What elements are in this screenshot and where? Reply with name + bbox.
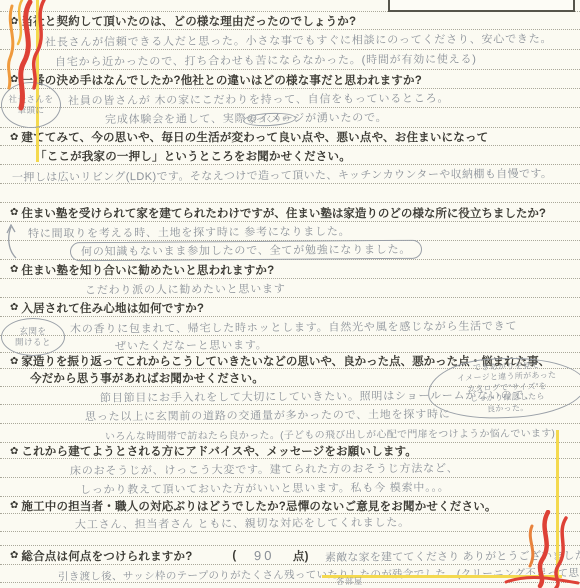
question-row-sumaijuku-help: ✿ 住まい塾を受けられて家を建てられたわけですが、住まい塾は家造りのどの様な所に…: [0, 203, 580, 222]
flower-bullet-icon: ✿: [10, 500, 18, 511]
question-row-contract-reason: ✿ 当社と契約して頂いたのは、どの様な理由だったのでしょうか?: [0, 12, 580, 30]
question-text: これから建てようとされる方にアドバイスや、メッセージをお願いします。: [21, 443, 417, 459]
question-text: 「ここが我家の一押し」というところをお聞かせください。: [35, 148, 351, 164]
question-row-recommend: ✿ 住まい塾を知り合いに勧めたいと思われますか?: [0, 260, 580, 279]
answer-row: 一押しは広いリビング(LDK)です。そなえつけで造って頂いた、キッチンカウンター…: [0, 165, 580, 184]
handwritten-answer: 一押しは広いリビング(LDK)です。そなえつけで造って頂いた、キッチンカウンター…: [12, 165, 552, 185]
handwritten-answer: ぜいたくだなーと思います。: [115, 336, 268, 353]
question-text: 建ててみて、今の思いや、毎日の生活が変わって良い点や、悪い点や、お住まいになって: [21, 129, 488, 145]
flower-bullet-icon: ✿: [10, 446, 18, 457]
question-row-deciding-factor: ✿ 一番の決め手はなんでしたか?他社との違いはどの様な事だと思われますか?: [0, 70, 580, 89]
handwritten-answer: 思った以上に玄関前の道路の交通量が多かったので、土地を探す時に: [85, 405, 451, 424]
answer-row: 特に間取りを考える時、土地を探す時に 参考になりました。: [0, 222, 580, 241]
handwritten-answer: いろんな時間帯で訪ねたら良かった。(子どもの飛び出しが心配で門扉をつけようか悩ん…: [105, 424, 555, 442]
answer-row: しっかり教えて頂いておいた方がいいと思います。私も今 模索中。。。: [0, 478, 580, 497]
answer-row: 何の知識もないまま参加したので、全てが勉強になりました。: [0, 241, 580, 260]
handwritten-answer: 床のおそうじが、けっこう大変です。建てられた方のおそうじ方法など、: [70, 459, 459, 478]
answer-row: こだわり派の人に勧めたいと思います: [0, 279, 580, 298]
margin-note-genkan-line1: 玄関を: [2, 326, 64, 337]
question-row-advice: ✿ これから建てようとされる方にアドバイスや、メッセージをお願いします。: [0, 443, 580, 459]
margin-note-genkan-line2: 開けると: [2, 337, 64, 348]
question-text: 当社と契約して頂いたのは、どの様な理由だったのでしょうか?: [21, 13, 356, 29]
inline-insert-rooms: 各部屋: [336, 576, 363, 587]
handwritten-answer: 木の香りに包まれて、帰宅した時ホッとします。自然光や風を感じながら生活できて: [70, 317, 517, 336]
questionnaire-page: 社長さんを 筆頭に 家づくりの 玄関を 開けると できあがりを見て イメージと違…: [0, 0, 580, 588]
insertion-arrow-icon: [3, 224, 19, 260]
question-text: 総合点は何点をつけられますか?: [21, 548, 192, 564]
answer-row: いろんな時間帯で訪ねたら良かった。(子どもの飛び出しが心配で門扉をつけようか悩ん…: [0, 424, 580, 443]
handwritten-answer: こだわり派の人に勧めたいと思います: [85, 280, 286, 297]
margin-note-finish: できあがりを見て イメージと違う所があった カタログで“サイズ”を しっかり確認…: [427, 355, 580, 420]
handwritten-answer: 社長さんが信頼できる人だと思った。小さな事でもすぐに相談にのってくださり、安心で…: [45, 30, 552, 50]
question-text: 今だから思う事があればお聞かせください。: [30, 370, 264, 386]
answer-row: 木の香りに包まれて、帰宅した時ホッとします。自然光や風を感じながら生活できて: [0, 317, 580, 336]
question-text: 一番の決め手はなんでしたか?他社との違いはどの様な事だと思われますか?: [21, 72, 422, 88]
answer-row: 床のおそうじが、けっこう大変です。建てられた方のおそうじ方法など、: [0, 459, 580, 478]
flower-bullet-icon: ✿: [10, 264, 18, 275]
question-text: 住まい塾を知り合いに勧めたいと思われますか?: [21, 262, 274, 278]
handwritten-answer-circled: 何の知識もないまま参加したので、全てが勉強になりました。: [70, 240, 422, 261]
margin-note-genkan: 玄関を 開けると: [1, 318, 65, 356]
question-row-favorite-spot: ✿ 建ててみて、今の思いや、毎日の生活が変わって良い点や、悪い点や、お住まいにな…: [0, 128, 580, 146]
handwritten-answer: 自宅から近かったので、打ち合わせも苦にならなかった。(時間が有効に使える): [55, 51, 477, 70]
score-paren-open: (: [232, 550, 236, 562]
question-row-favorite-spot-2: 「ここが我家の一押し」というところをお聞かせください。: [0, 146, 580, 165]
flower-bullet-icon: ✿: [10, 207, 18, 218]
question-text: 住まい塾を受けられて家を建てられたわけですが、住まい塾は家造りのどの様な所に役立…: [21, 205, 546, 221]
question-text: 施工中の担当者・職人の対応ぶりはどうでしたか?忌憚のないご意見をお聞かせください…: [21, 498, 496, 514]
question-text: 入居されて住み心地は如何ですか?: [21, 300, 204, 316]
answer-row: 社長さんが信頼できる人だと思った。小さな事でもすぐに相談にのってくださり、安心で…: [0, 30, 580, 50]
ribbon-decoration-top-left: [0, 0, 54, 175]
score-paren-close: 点): [293, 548, 309, 564]
answer-row: ぜいたくだなーと思います。: [0, 336, 580, 353]
ribbon-decoration-bottom-right: [488, 510, 580, 588]
handwritten-score: 90: [254, 548, 275, 563]
flower-bullet-icon: ✿: [10, 550, 18, 561]
handwritten-answer: 社員の皆さんが 木の家にこだわりを持って、自信をもっているところ。: [68, 89, 449, 108]
answer-row: 社員の皆さんが 木の家にこだわりを持って、自信をもっているところ。: [0, 89, 580, 108]
handwritten-answer: 特に間取りを考える時、土地を探す時に 参考になりました。: [28, 222, 351, 240]
empty-row: [0, 184, 580, 203]
handwritten-answer: 大工さん、担当者さん ともに、親切な対応をしてくれました。: [75, 514, 410, 532]
flower-bullet-icon: ✿: [10, 302, 18, 313]
top-right-box: [388, 0, 575, 12]
handwritten-answer: しっかり教えて頂いておいた方がいいと思います。私も今 模索中。。。: [80, 478, 450, 497]
flower-bullet-icon: ✿: [10, 356, 18, 367]
answer-row: 自宅から近かったので、打ち合わせも苦にならなかった。(時間が有効に使える): [0, 50, 580, 70]
question-row-comfort: ✿ 入居されて住み心地は如何ですか?: [0, 298, 580, 317]
